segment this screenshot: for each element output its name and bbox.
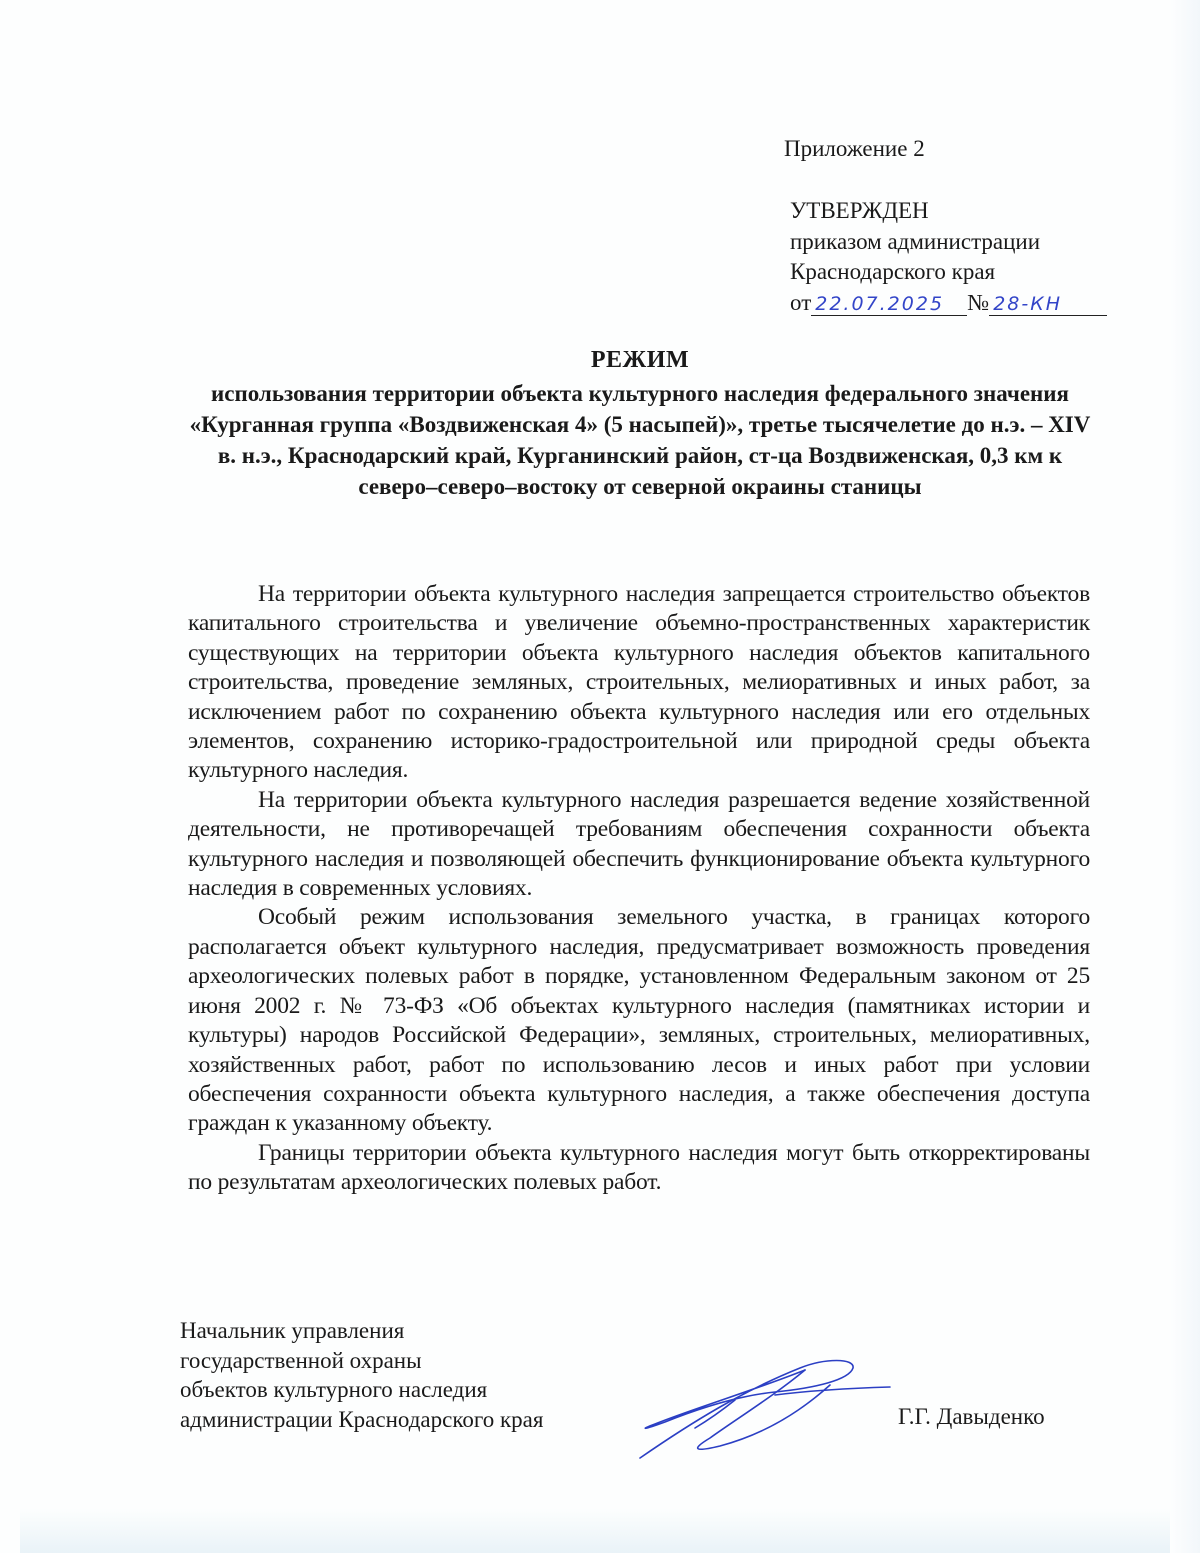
approval-stamp: УТВЕРЖДЕН <box>790 196 1107 227</box>
handwritten-number: 28-КН <box>989 293 1107 316</box>
approval-line-2: Краснодарского края <box>790 257 1107 288</box>
date-prefix: от <box>790 290 811 315</box>
body-paragraph: Границы территории объекта культурного н… <box>188 1139 1090 1198</box>
title-heading: РЕЖИМ <box>180 345 1100 376</box>
document-body: На территории объекта культурного наслед… <box>188 580 1090 1198</box>
position-line: объектов культурного наследия <box>180 1375 543 1405</box>
body-paragraph: На территории объекта культурного наслед… <box>188 580 1090 786</box>
signer-name: Г.Г. Давыденко <box>898 1404 1045 1430</box>
scan-artifact-bottom <box>20 1508 1170 1553</box>
appendix-label: Приложение 2 <box>784 134 925 164</box>
signer-position: Начальник управления государственной охр… <box>180 1316 543 1434</box>
approval-line-1: приказом администрации <box>790 227 1107 258</box>
approval-date-line: от22.07.2025№28-КН <box>790 288 1107 319</box>
body-paragraph: На территории объекта культурного наслед… <box>188 786 1090 904</box>
position-line: государственной охраны <box>180 1346 543 1376</box>
body-paragraph: Особый режим использования земельного уч… <box>188 903 1090 1138</box>
position-line: администрации Краснодарского края <box>180 1405 543 1435</box>
handwritten-signature-icon <box>625 1350 925 1470</box>
handwritten-date: 22.07.2025 <box>811 293 967 316</box>
document-title: РЕЖИМ использования территории объекта к… <box>180 345 1100 502</box>
approval-block: УТВЕРЖДЕН приказом администрации Краснод… <box>790 196 1107 318</box>
number-prefix: № <box>967 290 989 315</box>
position-line: Начальник управления <box>180 1316 543 1346</box>
title-subtitle: использования территории объекта культур… <box>180 378 1100 502</box>
scan-artifact-right <box>1170 0 1200 1553</box>
